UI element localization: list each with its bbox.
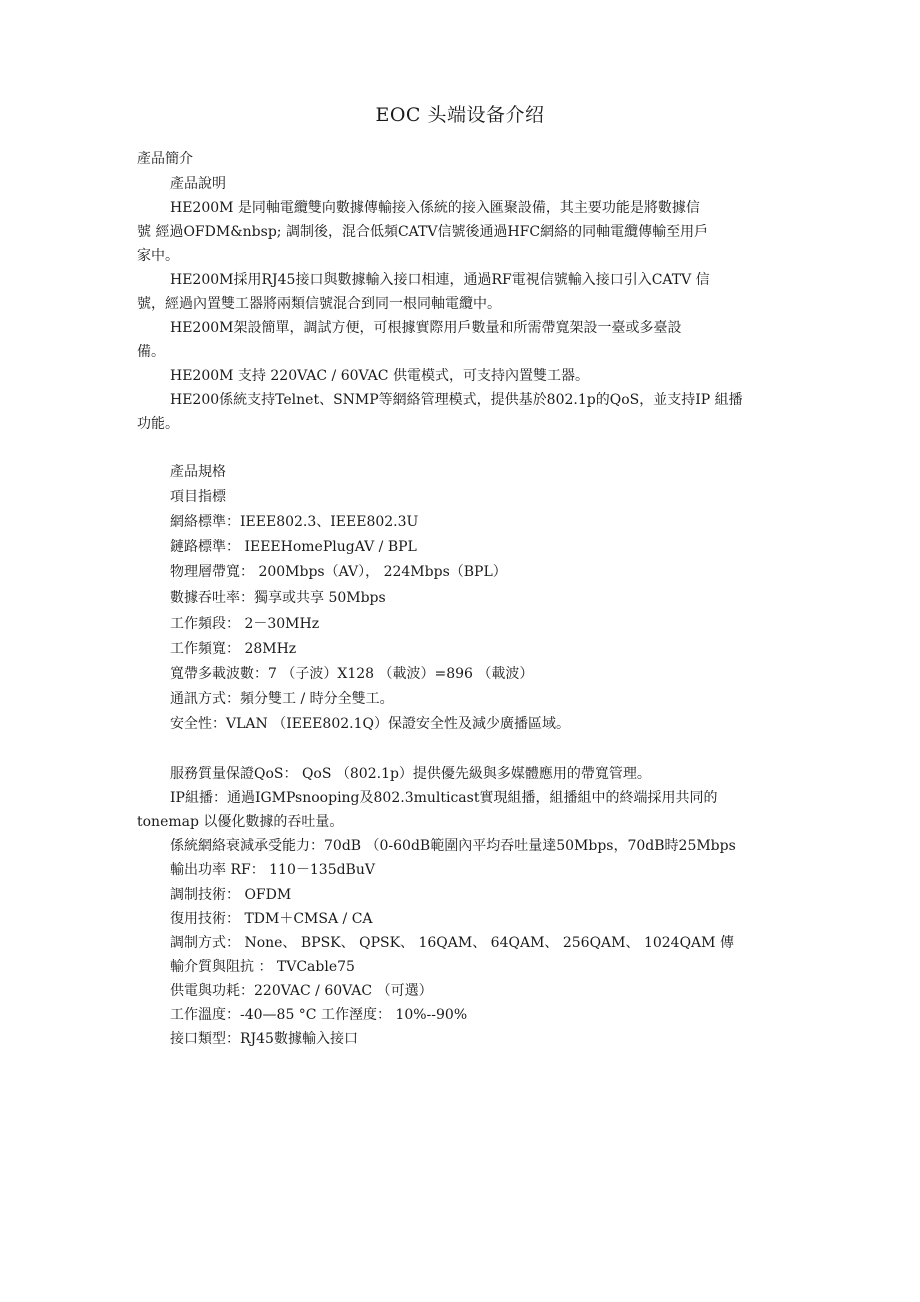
paragraph-line: HE200係統支持Telnet、SNMP等網絡管理模式，提供基於802.1p的Q… [170,388,815,412]
paragraph-line: 服務質量保證QoS： QoS （802.1p）提供優先級與多媒體應用的帶寬管理。 [170,762,815,786]
paragraph-line: 復用技術： TDM＋CMSA / CA [170,907,815,931]
paragraph-line: 物理層帶寬： 200Mbps（AV）， 224Mbps（BPL） [170,560,815,584]
paragraph-line: 產品簡介 [137,147,782,171]
paragraph-line: HE200M 是同軸電纜雙向數據傳輸接入係統的接入匯聚設備，其主要功能是將數據信 [170,196,815,220]
paragraph-line: 家中。 [137,244,782,268]
paragraph-line: 係統網絡衰減承受能力：70dB （0-60dB範圍內平均吞吐量達50Mbps，7… [170,834,815,858]
paragraph-line: 通訊方式：頻分雙工 / 時分全雙工。 [170,687,815,711]
paragraph-line: 供電與功耗：220VAC / 60VAC （可選） [170,979,815,1003]
paragraph-line: IP組播：通過IGMPsnooping及802.3multicast實現組播，組… [170,786,815,810]
paragraph-line: 備。 [137,340,782,364]
paragraph-line: 產品規格 [170,460,815,484]
paragraph-line: 數據吞吐率：獨享或共享 50Mbps [170,586,815,610]
paragraph-line: 輸出功率 RF： 110－135dBuV [170,858,815,882]
paragraph-line: 接口類型：RJ45數據輸入接口 [170,1027,815,1051]
paragraph-line: 號，經過內置雙工器將兩類信號混合到同一根同軸電纜中。 [137,292,782,316]
paragraph-line: tonemap 以優化數據的吞吐量。 [137,810,782,834]
paragraph-line: 功能。 [137,412,782,436]
paragraph-line: 調制技術： OFDM [170,883,815,907]
paragraph-line: 安全性：VLAN （IEEE802.1Q）保證安全性及減少廣播區域。 [170,712,815,736]
paragraph-line: 網絡標準：IEEE802.3、IEEE802.3U [170,510,815,534]
document-title: EOC 头端设备介绍 [0,102,920,128]
paragraph-line: 工作溫度：-40—85 °C 工作溼度： 10%--90% [170,1003,815,1027]
document-page: EOC 头端设备介绍 產品簡介產品說明HE200M 是同軸電纜雙向數據傳輸接入係… [0,0,920,1302]
paragraph-line: 寬帶多載波數：7 （子波）X128 （載波）=896 （載波） [170,662,815,686]
paragraph-line: 號 經過OFDM&nbsp; 調制後，混合低頻CATV信號後通過HFC網絡的同軸… [137,220,782,244]
paragraph-line: 工作頻段： 2－30MHz [170,612,815,636]
paragraph-line: 鏈路標準： IEEEHomePlugAV / BPL [170,535,815,559]
paragraph-line: HE200M採用RJ45接口與數據輸入接口相連，通過RF電視信號輸入接口引入CA… [170,268,815,292]
paragraph-line: 調制方式： None、 BPSK、 QPSK、 16QAM、 64QAM、 25… [170,931,815,955]
paragraph-line: 輸介質與阻抗 ： TVCable75 [170,955,815,979]
paragraph-line: 工作頻寬： 28MHz [170,637,815,661]
paragraph-line: HE200M 支持 220VAC / 60VAC 供電模式，可支持內置雙工器。 [170,364,815,388]
paragraph-line: 項目指標 [170,485,815,509]
paragraph-line: 產品說明 [170,172,815,196]
paragraph-line: HE200M架設簡單，調試方便，可根據實際用戶數量和所需帶寬架設一臺或多臺設 [170,316,815,340]
